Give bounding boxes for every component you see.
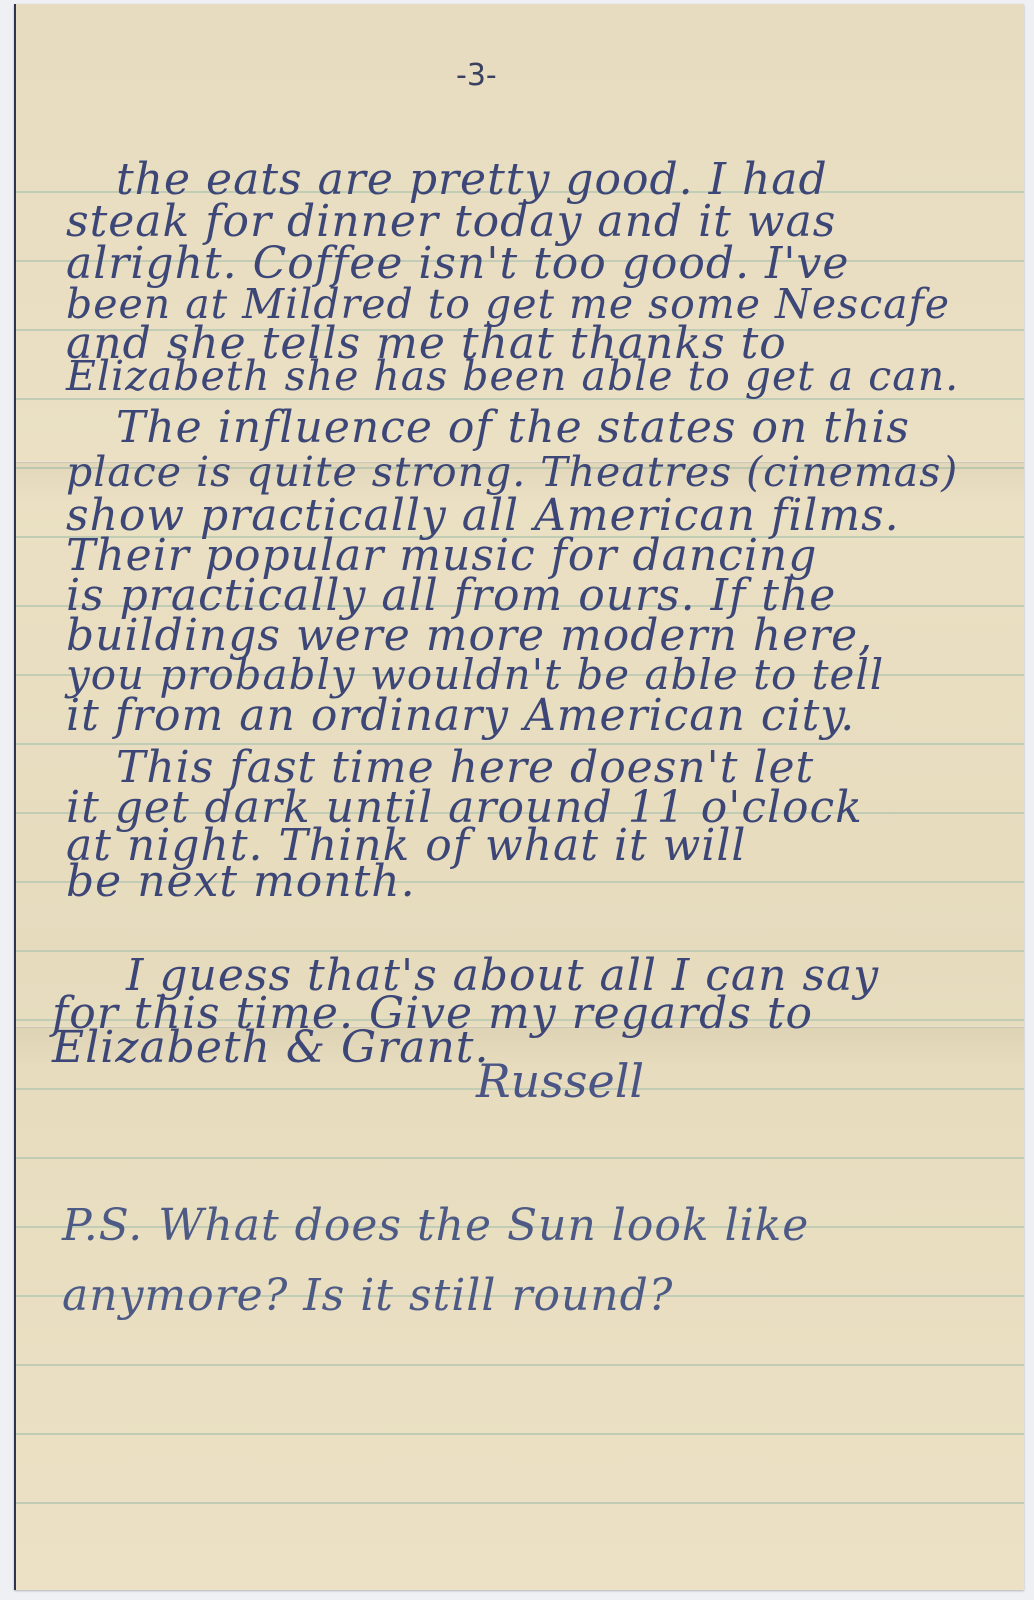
ruled-line xyxy=(16,1364,1024,1366)
page-number: -3- xyxy=(456,58,497,93)
postscript-line: P.S. What does the Sun look like xyxy=(62,1200,809,1251)
letter-line: Elizabeth & Grant. xyxy=(52,1022,489,1073)
letter-line: be next month. xyxy=(66,856,416,907)
ruled-line xyxy=(16,1502,1024,1504)
postscript-line: anymore? Is it still round? xyxy=(62,1270,673,1321)
letter-page: -3- the eats are pretty good. I had stea… xyxy=(14,4,1024,1590)
letter-line: place is quite strong. Theatres (cinemas… xyxy=(66,448,958,496)
letter-line: The influence of the states on this xyxy=(116,402,910,453)
signature: Russell xyxy=(476,1054,644,1108)
ruled-line xyxy=(16,1433,1024,1435)
ruled-line xyxy=(16,1157,1024,1159)
letter-line: Elizabeth she has been able to get a can… xyxy=(66,352,959,400)
letter-line: it from an ordinary American city. xyxy=(66,690,855,741)
